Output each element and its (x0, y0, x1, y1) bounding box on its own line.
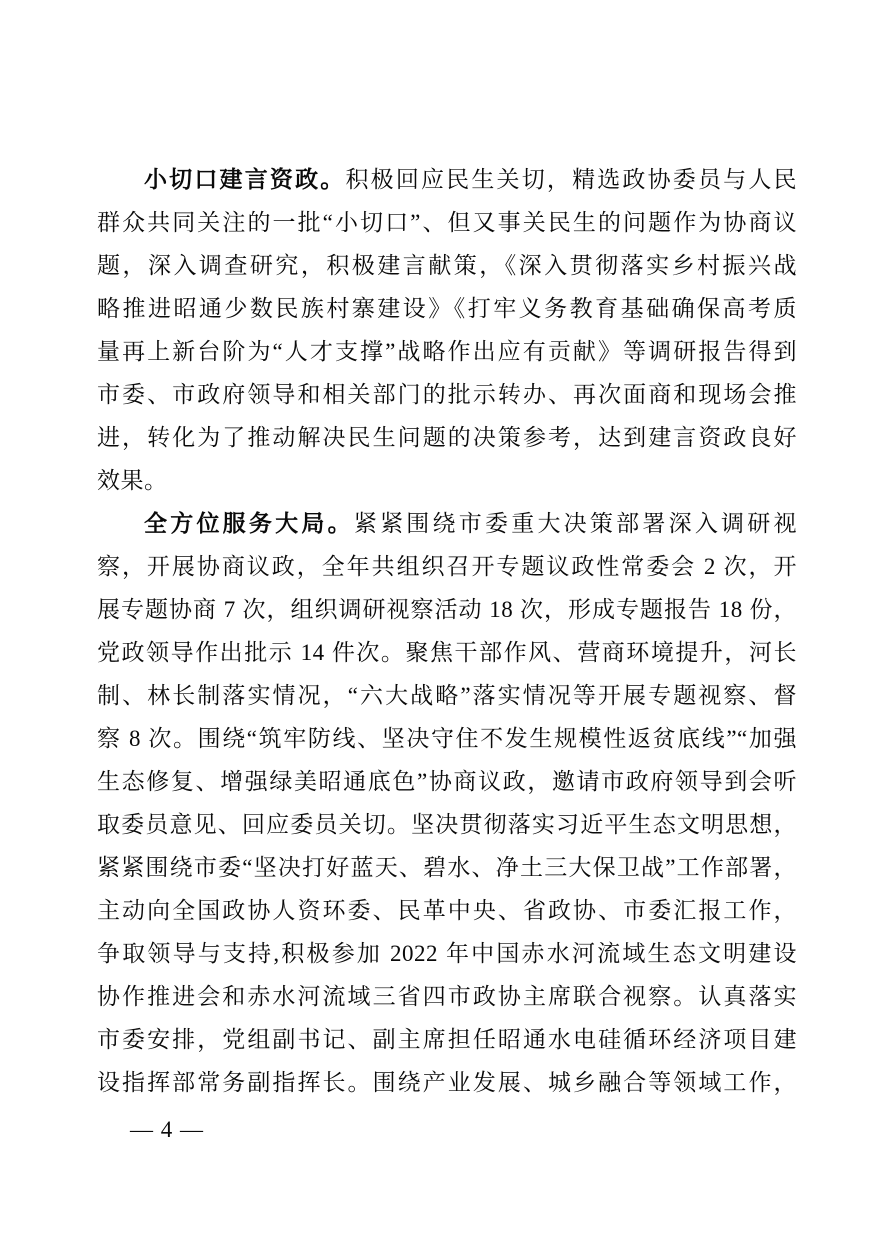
paragraph-2: 全方位服务大局。紧紧围绕市委重大决策部署深入调研视 察，开展协商议政，全年共组织… (97, 502, 797, 1104)
text-segment: 积极回应民生关切，精选政协委员与人民 (345, 167, 797, 192)
page-number: — 4 — (130, 1112, 204, 1148)
text-line: 市委安排，党组副书记、副主席担任昭通水电硅循环经济项目建 (97, 1018, 797, 1061)
text-line: 展专题协商 7 次，组织调研视察活动 18 次，形成专题报告 18 份， (97, 588, 797, 631)
text-line: 主动向全国政协人资环委、民革中央、省政协、市委汇报工作， (97, 889, 797, 932)
text-line: 量再上新台阶为“人才支撑”战略作出应有贡献》等调研报告得到 (97, 330, 797, 373)
text-line: 党政领导作出批示 14 件次。聚焦干部作风、营商环境提升，河长 (97, 631, 797, 674)
paragraph-1-lead: 小切口建言资政。 (144, 166, 345, 192)
text-line: 察 8 次。围绕“筑牢防线、坚决守住不发生规模性返贫底线”“加强 (97, 717, 797, 760)
paragraph-1: 小切口建言资政。积极回应民生关切，精选政协委员与人民 群众共同关注的一批“小切口… (97, 158, 797, 502)
text-line: 效果。 (97, 459, 797, 502)
text-line: 设指挥部常务副指挥长。围绕产业发展、城乡融合等领域工作， (97, 1061, 797, 1104)
document-text-block: 小切口建言资政。积极回应民生关切，精选政协委员与人民 群众共同关注的一批“小切口… (97, 158, 797, 1104)
text-line: 取委员意见、回应委员关切。坚决贯彻落实习近平生态文明思想， (97, 803, 797, 846)
text-line: 小切口建言资政。积极回应民生关切，精选政协委员与人民 (97, 158, 797, 201)
text-line: 制、林长制落实情况，“六大战略”落实情况等开展专题视察、督 (97, 674, 797, 717)
text-line: 生态修复、增强绿美昭通底色”协商议政，邀请市政府领导到会听 (97, 760, 797, 803)
text-segment: 紧紧围绕市委重大决策部署深入调研视 (354, 511, 797, 536)
text-line: 协作推进会和赤水河流域三省四市政协主席联合视察。认真落实 (97, 975, 797, 1018)
document-page: 小切口建言资政。积极回应民生关切，精选政协委员与人民 群众共同关注的一批“小切口… (0, 0, 891, 1258)
text-line: 全方位服务大局。紧紧围绕市委重大决策部署深入调研视 (97, 502, 797, 545)
text-line: 进，转化为了推动解决民生问题的决策参考，达到建言资政良好 (97, 416, 797, 459)
text-line: 争取领导与支持,积极参加 2022 年中国赤水河流域生态文明建设 (97, 932, 797, 975)
text-line: 略推进昭通少数民族村寨建设》《打牢义务教育基础确保高考质 (97, 287, 797, 330)
text-line: 察，开展协商议政，全年共组织召开专题议政性常委会 2 次，开 (97, 545, 797, 588)
paragraph-2-lead: 全方位服务大局。 (144, 510, 354, 536)
text-line: 群众共同关注的一批“小切口”、但又事关民生的问题作为协商议 (97, 201, 797, 244)
text-line: 市委、市政府领导和相关部门的批示转办、再次面商和现场会推 (97, 373, 797, 416)
text-line: 紧紧围绕市委“坚决打好蓝天、碧水、净土三大保卫战”工作部署， (97, 846, 797, 889)
text-line: 题，深入调查研究，积极建言献策，《深入贯彻落实乡村振兴战 (97, 244, 797, 287)
